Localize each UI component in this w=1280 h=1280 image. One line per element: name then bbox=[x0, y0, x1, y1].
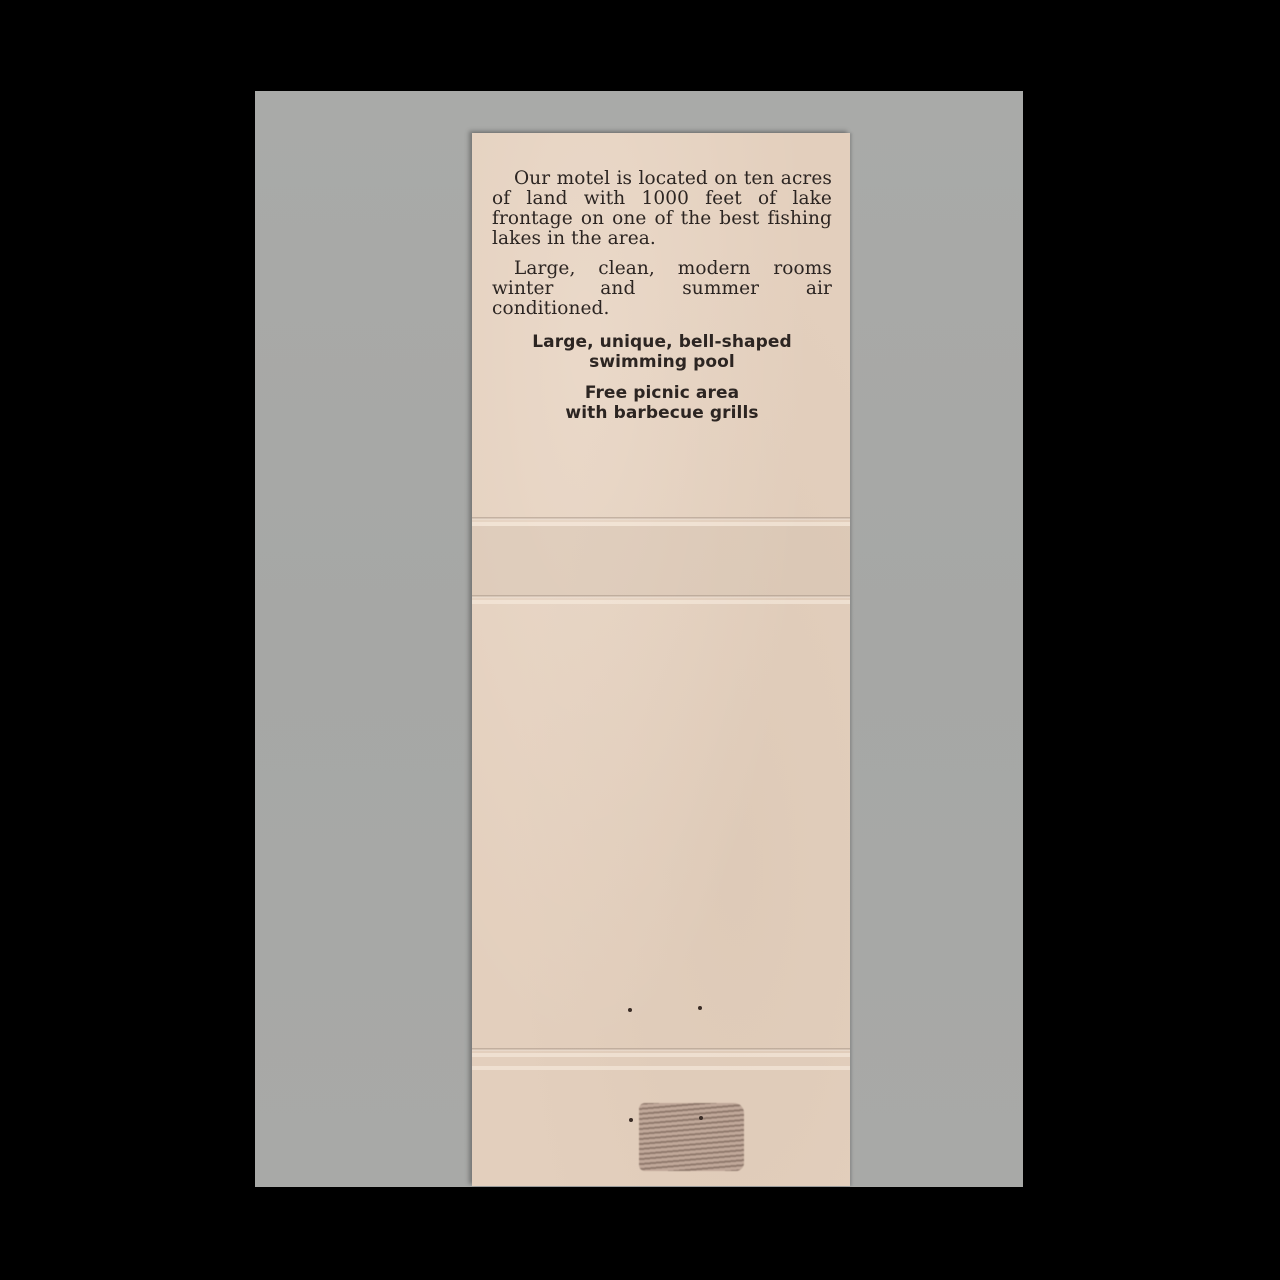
matchbook-cover: Our motel is located on ten acres of lan… bbox=[472, 133, 850, 1186]
spine-band bbox=[472, 526, 850, 596]
picnic-feature: Free picnic area with barbecue grills bbox=[492, 383, 832, 423]
staple-hole-left bbox=[628, 1008, 632, 1012]
striker-strip bbox=[639, 1103, 744, 1171]
fold-crease-lower-1 bbox=[472, 1048, 850, 1051]
fold-crease-upper-2 bbox=[472, 595, 850, 598]
pool-feature: Large, unique, bell-shaped swimming pool bbox=[492, 332, 832, 372]
picnic-feature-line-1: Free picnic area bbox=[492, 383, 832, 403]
cover-text-block: Our motel is located on ten acres of lan… bbox=[492, 169, 832, 434]
picnic-feature-line-2: with barbecue grills bbox=[492, 403, 832, 423]
rooms-paragraph: Large, clean, modern rooms winter and su… bbox=[492, 259, 832, 319]
staple-hole-striker-left bbox=[629, 1118, 633, 1122]
fold-crease-upper-1 bbox=[472, 517, 850, 520]
pool-feature-line-2: swimming pool bbox=[492, 352, 832, 372]
fold-highlight-upper-2 bbox=[472, 600, 850, 604]
staple-hole-right bbox=[698, 1006, 702, 1010]
staple-hole-striker-right bbox=[699, 1116, 703, 1120]
motel-location-paragraph: Our motel is located on ten acres of lan… bbox=[492, 169, 832, 249]
pool-feature-line-1: Large, unique, bell-shaped bbox=[492, 332, 832, 352]
fold-highlight-lower-2 bbox=[472, 1066, 850, 1070]
fold-highlight-lower-1 bbox=[472, 1053, 850, 1057]
